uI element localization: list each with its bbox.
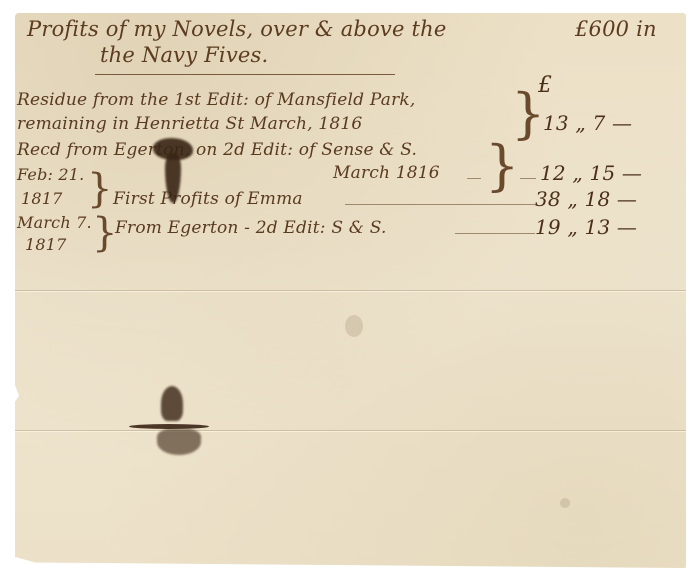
- manuscript-page: Profits of my Novels, over & above the £…: [15, 13, 686, 568]
- entry-4-date-line-1: March 7.: [17, 213, 92, 232]
- entry-2-line-1: Recd from Egerton, on 2d Edit: of Sense …: [17, 140, 417, 160]
- entry-3-date-line-1: Feb: 21.: [17, 165, 84, 184]
- paper-stain: [560, 498, 570, 508]
- brace: }: [92, 213, 117, 253]
- entry-4-date-line-2: 1817: [25, 235, 67, 254]
- entry-4-amount: 19 „ 13 —: [535, 215, 637, 239]
- entry-3-date-line-2: 1817: [21, 189, 63, 208]
- entry-3-amount: 38 „ 18 —: [535, 187, 637, 211]
- title-line-1: Profits of my Novels, over & above the: [27, 17, 446, 41]
- leader-dash: [455, 233, 535, 234]
- entry-1-amount: 13 „ 7 —: [543, 111, 632, 135]
- entry-4-text: From Egerton - 2d Edit: S & S.: [115, 218, 387, 238]
- title-underline: [95, 74, 395, 75]
- brace: }: [511, 87, 545, 141]
- title-line-2: the Navy Fives.: [100, 43, 268, 67]
- paper-stain: [345, 315, 363, 337]
- fold-line: [15, 430, 686, 431]
- leader-dash: [467, 178, 481, 179]
- entry-3-text: First Profits of Emma: [113, 189, 303, 209]
- entry-1-line-1: Residue from the 1st Edit: of Mansfield …: [17, 90, 416, 110]
- entry-2-amount: 12 „ 15 —: [540, 161, 642, 185]
- ink-blot: [161, 386, 183, 421]
- leader-dash: [345, 204, 535, 205]
- ink-blot: [157, 429, 201, 455]
- title-amount: £600 in: [575, 17, 657, 41]
- entry-2-line-2: March 1816: [333, 163, 440, 183]
- brace: }: [87, 169, 112, 209]
- fold-line: [15, 290, 686, 291]
- leader-dash: [520, 178, 536, 179]
- brace: }: [485, 139, 519, 193]
- entry-1-line-2: remaining in Henrietta St March, 1816: [17, 114, 362, 134]
